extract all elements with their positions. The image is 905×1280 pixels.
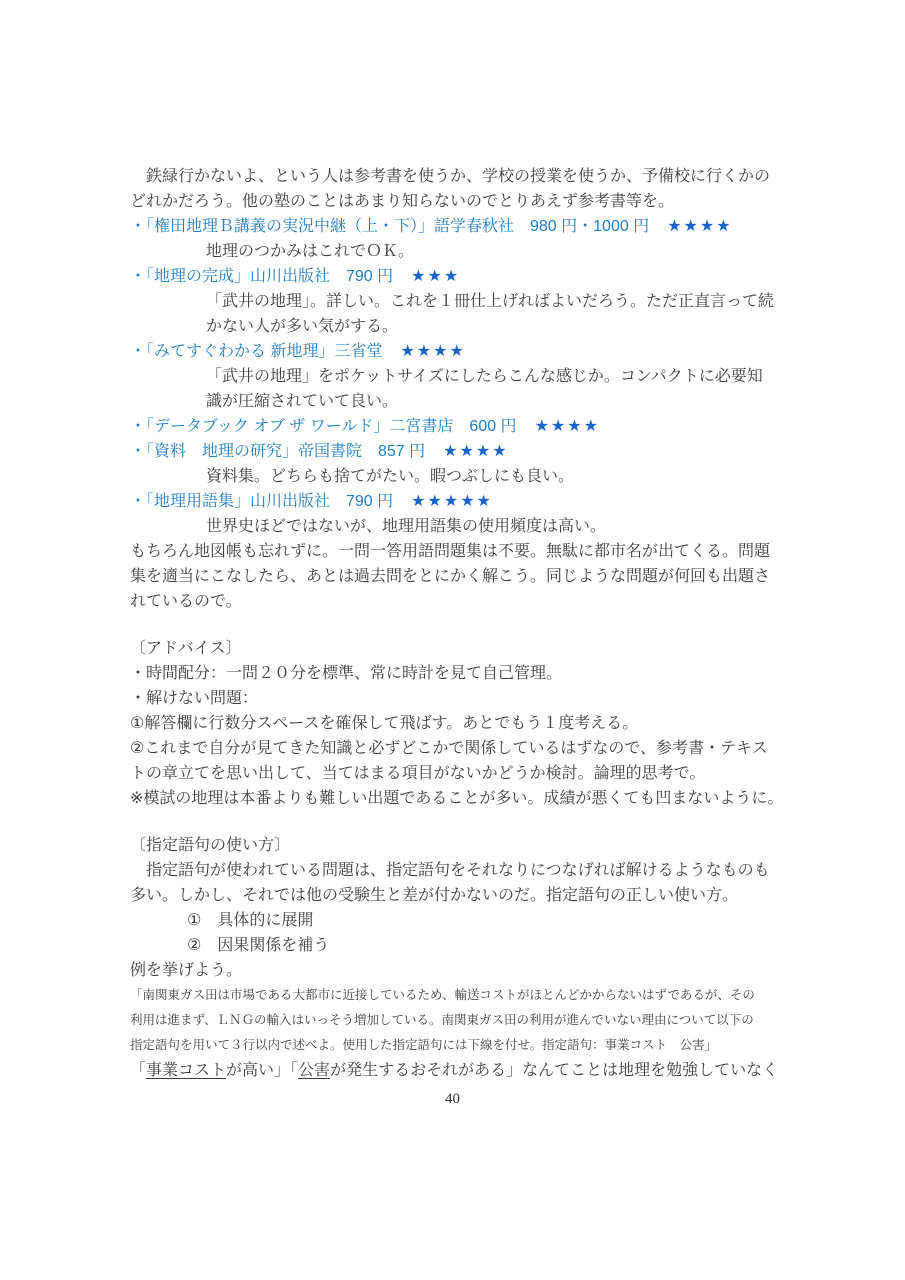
- star-rating: ★★★★: [649, 218, 732, 235]
- text-line: どれかだろう。他の塾のことはあまり知らないのでとりあえず参考書等を。: [130, 189, 790, 214]
- text-line: 「南関東ガス田は市場である大都市に近接しているため、輸送コストがほとんどかからな…: [130, 983, 790, 1008]
- book-entry: ・「資料 地理の研究」帝国書院 857 円 ★★★★: [130, 439, 790, 464]
- text-line: ① 具体的に展開: [130, 908, 790, 933]
- text-line: れているので。: [130, 589, 790, 614]
- text-line: 「事業コストが高い」「公害が発生するおそれがある」なんてことは地理を勉強していな…: [130, 1058, 790, 1083]
- document-page: 鉄緑行かないよ、という人は参考書を使うか、学校の授業を使うか、予備校に行くかのど…: [0, 0, 905, 1280]
- text-line: 集を適当にこなしたら、あとは過去問をとにかく解こう。同じような問題が何回も出題さ: [130, 564, 790, 589]
- text-line: ・時間配分：一問２０分を標準、常に時計を見て自己管理。: [130, 661, 790, 686]
- text-line: 「武井の地理」をポケットサイズにしたらこんな感じか。コンパクトに必要知: [130, 364, 790, 389]
- book-entry: ・「権田地理Ｂ講義の実況中継（上・下）」語学春秋社 980 円・1000 円 ★…: [130, 214, 790, 239]
- book-entry: ・「地理用語集」山川出版社 790 円 ★★★★★: [130, 489, 790, 514]
- text-line: 「武井の地理」。詳しい。これを１冊仕上げればよいだろう。ただ正直言って続: [130, 289, 790, 314]
- text-line: かない人が多い気がする。: [130, 314, 790, 339]
- text-line: もちろん地図帳も忘れずに。一問一答用語問題集は不要。無駄に都市名が出てくる。問題: [130, 539, 790, 564]
- star-rating: ★★★★★: [393, 493, 493, 510]
- star-rating: ★★★★: [517, 418, 600, 435]
- text-line: 〔指定語句の使い方〕: [130, 833, 790, 858]
- page-number: 40: [0, 1091, 905, 1108]
- underlined-term: 公害: [298, 1062, 330, 1079]
- text-segment: が発生するおそれがある」なんてことは地理を勉強していなく: [330, 1062, 778, 1079]
- blank-line: [130, 811, 790, 833]
- text-segment: が高い」「: [226, 1062, 298, 1079]
- book-title: ・「データブック オブ ザ ワールド」二宮書店 600 円: [130, 418, 517, 435]
- text-line: 指定語句が使われている問題は、指定語句をそれなりにつなげれば解けるようなものも: [130, 858, 790, 883]
- text-line: 地理のつかみはこれでＯＫ。: [130, 239, 790, 264]
- text-line: 〔アドバイス〕: [130, 636, 790, 661]
- star-rating: ★★★★: [425, 443, 508, 460]
- book-entry: ・「地理の完成」山川出版社 790 円 ★★★: [130, 264, 790, 289]
- text-line: 多い。しかし、それでは他の受験生と差が付かないのだ。指定語句の正しい使い方。: [130, 883, 790, 908]
- document-body: 鉄緑行かないよ、という人は参考書を使うか、学校の授業を使うか、予備校に行くかのど…: [130, 164, 790, 1083]
- underlined-term: 事業コスト: [146, 1062, 226, 1079]
- text-line: 資料集。どちらも捨てがたい。暇つぶしにも良い。: [130, 464, 790, 489]
- text-line: 指定語句を用いて３行以内で述べよ。使用した指定語句には下線を付せ。指定語句：事業…: [130, 1033, 790, 1058]
- book-title: ・「資料 地理の研究」帝国書院 857 円: [130, 443, 425, 460]
- book-entry: ・「みてすぐわかる 新地理」三省堂 ★★★★: [130, 339, 790, 364]
- book-title: ・「地理用語集」山川出版社 790 円: [130, 493, 393, 510]
- text-line: トの章立てを思い出して、当てはまる項目がないかどうか検討。論理的思考で。: [130, 761, 790, 786]
- text-line: 例を挙げよう。: [130, 958, 790, 983]
- book-title: ・「権田地理Ｂ講義の実況中継（上・下）」語学春秋社 980 円・1000 円: [130, 218, 649, 235]
- book-title: ・「地理の完成」山川出版社 790 円: [130, 268, 393, 285]
- text-line: ・解けない問題：: [130, 686, 790, 711]
- star-rating: ★★★: [393, 268, 460, 285]
- book-entry: ・「データブック オブ ザ ワールド」二宮書店 600 円 ★★★★: [130, 414, 790, 439]
- blank-line: [130, 614, 790, 636]
- star-rating: ★★★★: [382, 343, 465, 360]
- text-line: 世界史ほどではないが、地理用語集の使用頻度は高い。: [130, 514, 790, 539]
- text-line: ※模試の地理は本番よりも難しい出題であることが多い。成績が悪くても凹まないように…: [130, 786, 790, 811]
- text-line: ② 因果関係を補う: [130, 933, 790, 958]
- text-segment: 「: [130, 1062, 146, 1079]
- text-line: 識が圧縮されていて良い。: [130, 389, 790, 414]
- text-line: 鉄緑行かないよ、という人は参考書を使うか、学校の授業を使うか、予備校に行くかの: [130, 164, 790, 189]
- text-line: 利用は進まず、ＬＮＧの輸入はいっそう増加している。南関東ガス田の利用が進んでいな…: [130, 1008, 790, 1033]
- text-line: ①解答欄に行数分スペースを確保して飛ばす。あとでもう１度考える。: [130, 711, 790, 736]
- text-line: ②これまで自分が見てきた知識と必ずどこかで関係しているはずなので、参考書・テキス: [130, 736, 790, 761]
- book-title: ・「みてすぐわかる 新地理」三省堂: [130, 343, 382, 360]
